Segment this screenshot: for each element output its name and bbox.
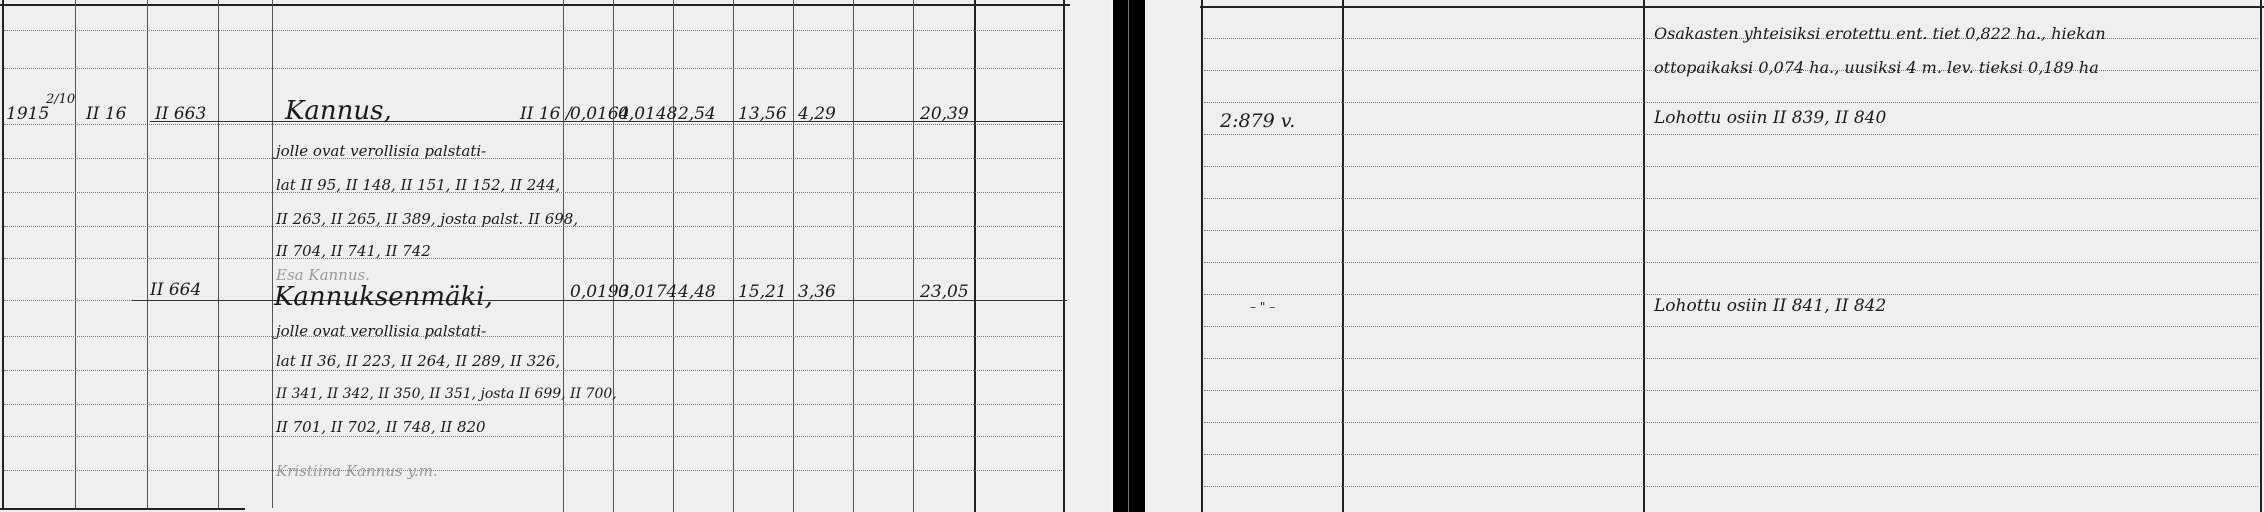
ruled-line: [4, 336, 1062, 337]
entry-1-desc-line-3: II 263, II 265, II 389, josta palst. II …: [276, 210, 578, 228]
value-cell: 2,54: [678, 104, 716, 124]
remark-line-4: Lohottu osiin II 841, II 842: [1654, 296, 1886, 316]
entry-2-desc-line-1: jolle ovat verollisia palstati-: [276, 322, 486, 340]
value-cell: 3,36: [798, 282, 836, 302]
ruled-line: [1204, 486, 2258, 487]
ruled-line: [4, 68, 1062, 69]
ruled-line: [4, 158, 1062, 159]
ruled-line: [1204, 422, 2258, 423]
entry-1-date-fraction: 2/10: [46, 92, 68, 107]
entry-1-desc-line-1: jolle ovat verollisia palstati-: [276, 142, 486, 160]
col-divider: [218, 0, 219, 508]
binding-gutter: [1113, 0, 1145, 512]
ruled-line: [1204, 102, 2258, 103]
right-border: [1063, 0, 1065, 512]
value-cell: 0,0148: [618, 104, 677, 124]
value-cell: 4,29: [798, 104, 836, 124]
entry-1-desc-line-2: lat II 95, II 148, II 151, II 152, II 24…: [276, 176, 560, 194]
entry-1-desc-line-4: II 704, II 741, II 742: [276, 242, 431, 260]
ruled-line: [4, 404, 1062, 405]
top-border: [1200, 6, 2264, 8]
ref-entry-2: – " –: [1250, 300, 1275, 314]
ref-entry-1: 2:879 v.: [1220, 110, 1295, 132]
col-divider: [75, 0, 76, 508]
col-divider: [1201, 0, 1203, 512]
value-cell: 23,05: [920, 282, 969, 302]
entry-1-date-year: 1915: [6, 104, 49, 124]
binding-seam: [1128, 0, 1129, 512]
left-ledger-page: 1915 2/10 II 16 II 663 Kannus, II 16 / j…: [0, 0, 1110, 512]
entry-2-desc-line-3: II 341, II 342, II 350, II 351, josta II…: [276, 386, 617, 402]
left-border: [2, 0, 4, 508]
ruled-line: [1204, 294, 2258, 295]
ruled-line: [4, 470, 1062, 471]
ruled-line: [1204, 134, 2258, 135]
ruled-line: [1204, 166, 2258, 167]
right-ledger-page: 2:879 v. – " – Osakasten yhteisiksi erot…: [1146, 0, 2264, 512]
entry-2-owner: Kristiina Kannus y.m.: [276, 462, 438, 480]
ruled-line: [4, 436, 1062, 437]
date-fraction-value: 2/10: [46, 92, 75, 107]
entry-2-name: Kannuksenmäki,: [274, 282, 493, 312]
col-divider: [147, 0, 148, 508]
entry-1-ref-inline: II 16 /: [520, 104, 572, 124]
ruled-line: [4, 370, 1062, 371]
value-cell: 20,39: [920, 104, 969, 124]
remark-line-3: Lohottu osiin II 839, II 840: [1654, 108, 1886, 128]
ruled-line: [4, 258, 1062, 259]
entry-1-name: Kannus,: [285, 96, 392, 126]
col-divider: [272, 0, 273, 508]
value-cell: 13,56: [738, 104, 787, 124]
value-cell: 0,0174: [618, 282, 677, 302]
ruled-line: [1204, 326, 2258, 327]
ruled-line: [1204, 230, 2258, 231]
ruled-line: [1204, 262, 2258, 263]
value-cell: 15,21: [738, 282, 787, 302]
entry-1-ref-col1: II 16: [86, 104, 126, 124]
entry-2-desc-line-2: lat II 36, II 223, II 264, II 289, II 32…: [276, 352, 560, 370]
entry-2-parcel-no: II 664: [150, 280, 201, 300]
top-border: [0, 4, 1070, 6]
col-divider: [1643, 0, 1645, 512]
ruled-line: [1204, 390, 2258, 391]
ruled-line: [1204, 358, 2258, 359]
entry-2-desc-line-4: II 701, II 702, II 748, II 820: [276, 418, 486, 436]
right-border: [2260, 0, 2262, 512]
ruled-line: [4, 124, 1062, 125]
ruled-line: [4, 30, 1062, 31]
ruled-line: [1204, 454, 2258, 455]
col-divider: [1342, 0, 1344, 512]
bottom-border: [0, 508, 245, 510]
value-cell: 4,48: [678, 282, 716, 302]
remark-line-1: Osakasten yhteisiksi erotettu ent. tiet …: [1654, 24, 2106, 43]
remark-line-2: ottopaikaksi 0,074 ha., uusiksi 4 m. lev…: [1654, 58, 2099, 77]
ruled-line: [1204, 198, 2258, 199]
